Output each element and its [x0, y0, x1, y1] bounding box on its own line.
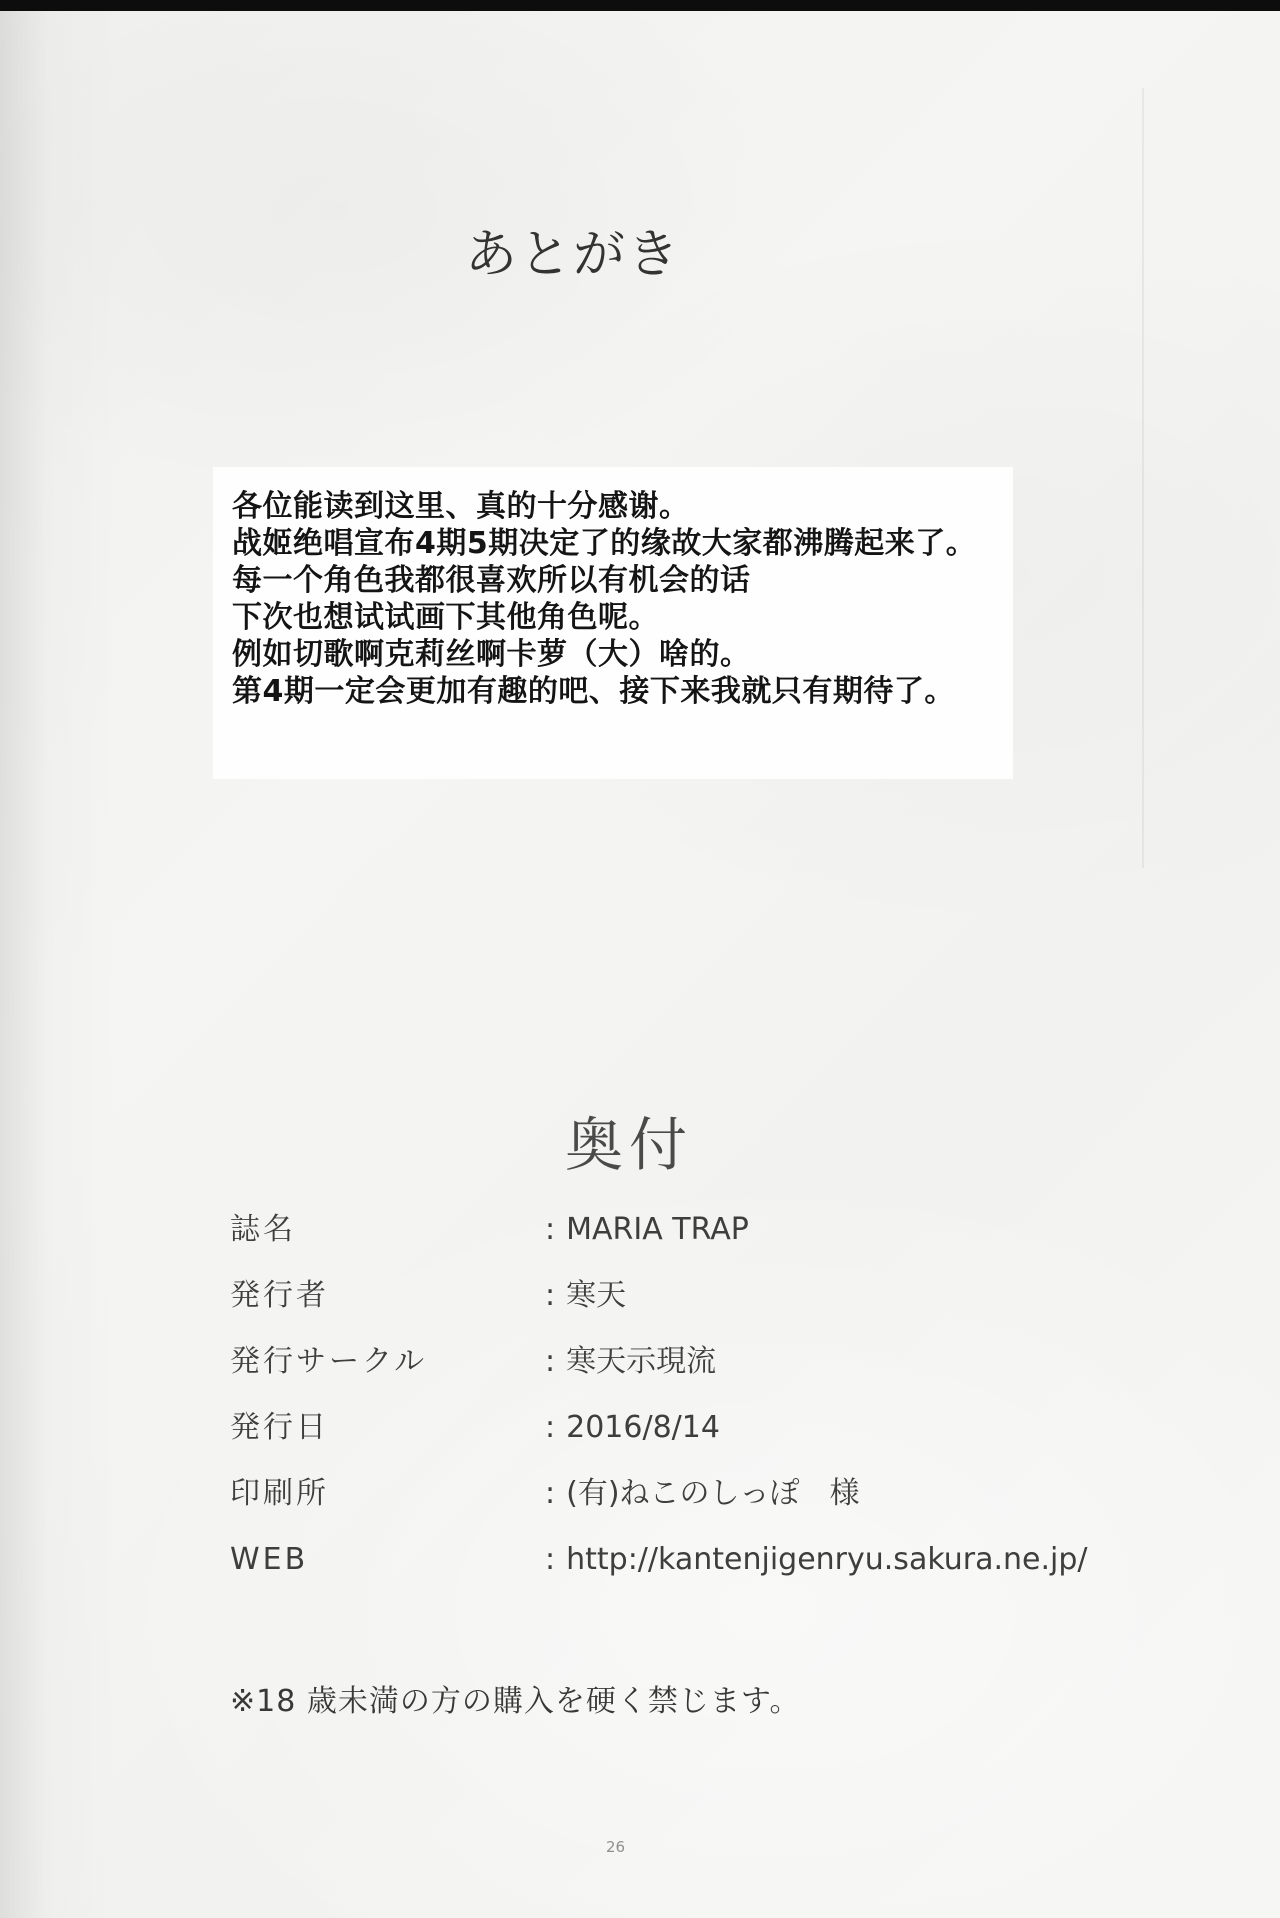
colophon-title: 奥付 — [565, 1098, 693, 1182]
circle-value: 寒天示現流 — [566, 1344, 716, 1379]
website-url-text: http://kantenjigenryu.sakura.ne.jp/ — [566, 1542, 1087, 1577]
translation-line: 例如切歌啊克莉丝啊卡萝（大）啥的。 — [232, 636, 1013, 673]
colophon-value-title: :MARIA TRAP — [545, 1212, 1088, 1247]
colon-separator: : — [545, 1476, 555, 1511]
colon-separator: : — [545, 1344, 555, 1379]
printer-value: (有)ねこのしっぽ 様 — [566, 1476, 859, 1511]
colophon-label-date: 発行日 — [230, 1410, 545, 1445]
scan-crease — [1142, 88, 1144, 868]
book-title-value: MARIA TRAP — [566, 1212, 749, 1247]
publish-date-value: 2016/8/14 — [566, 1410, 720, 1445]
colophon-label-printer: 印刷所 — [230, 1476, 545, 1511]
colophon-value-publisher: :寒天 — [545, 1278, 1088, 1313]
colophon-label-publisher: 発行者 — [230, 1278, 545, 1313]
colophon-label-title: 誌名 — [230, 1212, 545, 1247]
afterword-title: あとがき — [465, 212, 681, 287]
colon-separator: : — [545, 1278, 555, 1313]
colophon-label-web: WEB — [230, 1542, 545, 1577]
colophon-value-circle: :寒天示現流 — [545, 1344, 1088, 1379]
colophon-value-date: :2016/8/14 — [545, 1410, 1088, 1445]
translation-line: 每一个角色我都很喜欢所以有机会的话 — [232, 562, 1013, 599]
colophon-table: 誌名 :MARIA TRAP 発行者 :寒天 発行サークル :寒天示現流 発行日… — [230, 1212, 1088, 1577]
colophon-value-printer: :(有)ねこのしっぽ 様 — [545, 1476, 1088, 1511]
translation-line: 战姬绝唱宣布4期5期决定了的缘故大家都沸腾起来了。 — [232, 525, 1013, 562]
colophon-value-web: :http://kantenjigenryu.sakura.ne.jp/ — [545, 1542, 1088, 1577]
colon-separator: : — [545, 1410, 555, 1445]
translation-line: 第4期一定会更加有趣的吧、接下来我就只有期待了。 — [232, 673, 1013, 710]
colon-separator: : — [545, 1212, 555, 1247]
page-number: 26 — [606, 1838, 625, 1856]
translation-line: 下次也想试试画下其他角色呢。 — [232, 599, 1013, 636]
translation-text-panel: 各位能读到这里、真的十分感谢。 战姬绝唱宣布4期5期决定了的缘故大家都沸腾起来了… — [213, 467, 1013, 779]
colophon-label-circle: 発行サークル — [230, 1344, 545, 1379]
age-restriction-warning: ※18 歳未満の方の購入を硬く禁じます。 — [230, 1676, 800, 1720]
scan-top-edge — [0, 0, 1280, 11]
scanned-afterword-page: あとがき 各位能读到这里、真的十分感谢。 战姬绝唱宣布4期5期决定了的缘故大家都… — [0, 0, 1280, 1918]
colon-separator: : — [545, 1542, 555, 1577]
publisher-value: 寒天 — [566, 1278, 626, 1313]
translation-line: 各位能读到这里、真的十分感谢。 — [232, 488, 1013, 525]
